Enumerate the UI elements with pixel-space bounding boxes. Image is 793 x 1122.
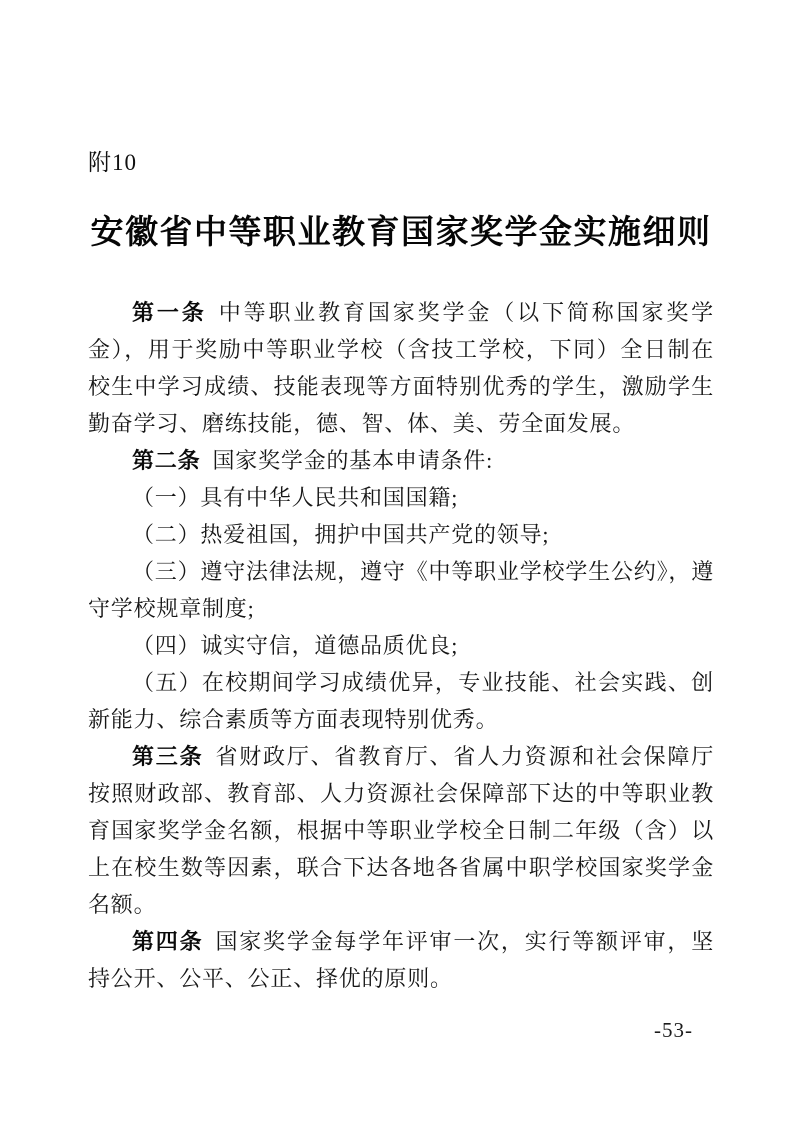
paragraph-condition-1: （一）具有中华人民共和国国籍; — [88, 479, 714, 516]
paragraph-condition-5: （五）在校期间学习成绩优异，专业技能、社会实践、创新能力、综合素质等方面表现特别… — [88, 664, 714, 738]
paragraph-condition-2: （二）热爱祖国，拥护中国共产党的领导; — [88, 516, 714, 553]
attachment-label: 附10 — [88, 148, 714, 178]
article-3-text: 省财政厅、省教育厅、省人力资源和社会保障厅按照财政部、教育部、人力资源社会保障部… — [88, 744, 714, 917]
article-3-lead: 第三条 — [132, 744, 215, 769]
article-4-lead: 第四条 — [132, 929, 215, 954]
article-1-lead: 第一条 — [132, 300, 219, 325]
paragraph-article-4: 第四条国家奖学金每学年评审一次，实行等额评审，坚持公开、公平、公正、择优的原则。 — [88, 923, 714, 997]
paragraph-condition-3: （三）遵守法律法规，遵守《中等职业学校学生公约》，遵守学校规章制度; — [88, 553, 714, 627]
document-title: 安徽省中等职业教育国家奖学金实施细则 — [88, 210, 714, 256]
page-number: -53- — [654, 1018, 693, 1043]
condition-2-text: （二）热爱祖国，拥护中国共产党的领导; — [132, 522, 549, 547]
paragraph-article-1: 第一条中等职业教育国家奖学金（以下简称国家奖学金），用于奖励中等职业学校（含技工… — [88, 294, 714, 442]
paragraph-article-2: 第二条国家奖学金的基本申请条件: — [88, 442, 714, 479]
article-2-text: 国家奖学金的基本申请条件: — [213, 448, 494, 473]
document-page: 附10 安徽省中等职业教育国家奖学金实施细则 第一条中等职业教育国家奖学金（以下… — [0, 0, 793, 1122]
paragraph-condition-4: （四）诚实守信，道德品质优良; — [88, 627, 714, 664]
condition-1-text: （一）具有中华人民共和国国籍; — [132, 485, 458, 510]
condition-5-text: （五）在校期间学习成绩优异，专业技能、社会实践、创新能力、综合素质等方面表现特别… — [88, 670, 714, 732]
condition-3-text: （三）遵守法律法规，遵守《中等职业学校学生公约》，遵守学校规章制度; — [88, 559, 714, 621]
paragraph-article-3: 第三条省财政厅、省教育厅、省人力资源和社会保障厅按照财政部、教育部、人力资源社会… — [88, 738, 714, 923]
document-body: 第一条中等职业教育国家奖学金（以下简称国家奖学金），用于奖励中等职业学校（含技工… — [88, 294, 714, 997]
article-2-lead: 第二条 — [132, 448, 213, 473]
condition-4-text: （四）诚实守信，道德品质优良; — [132, 633, 458, 658]
